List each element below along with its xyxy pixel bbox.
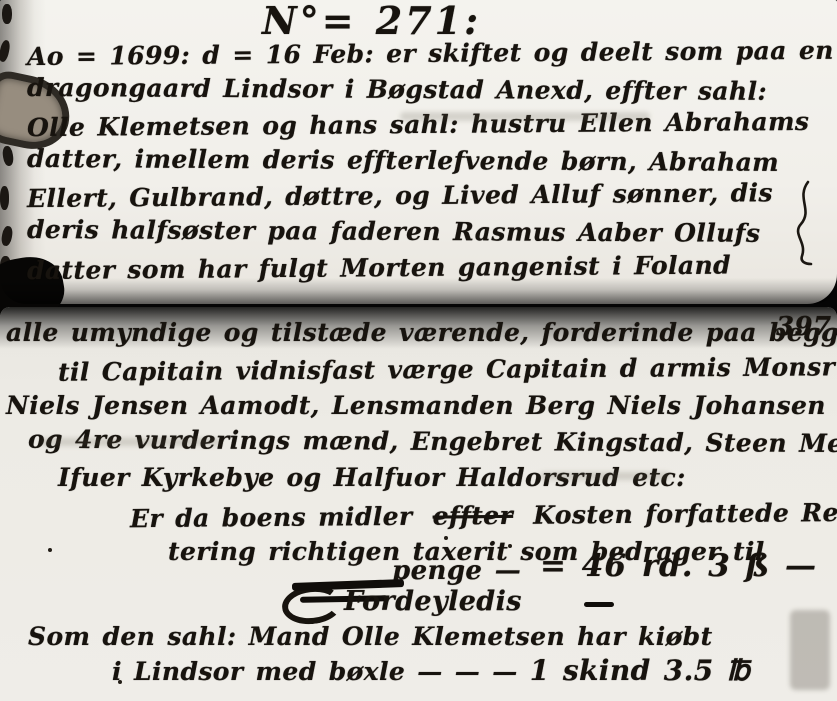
manuscript-line: Niels Jensen Aamodt, Lensmanden Berg Nie… <box>6 391 826 420</box>
manuscript-page: N°= 271: Ao = 1699: d = 16 Feb: er skift… <box>0 0 837 701</box>
division-subheading: Fordeyledis <box>344 586 522 617</box>
sum-label: penge — <box>392 556 521 586</box>
ink-dot <box>48 548 52 552</box>
sum-value: = 46 rd. 3 ß — <box>540 548 817 584</box>
ink-dot <box>508 544 512 548</box>
manuscript-line: Ellert, Gulbrand, døttre, og Lived Alluf… <box>0 175 837 217</box>
manuscript-line: til Capitain vidnisfast værge Capitain d… <box>58 352 835 386</box>
manuscript-line: datter, imellem deris effterlefvende bør… <box>0 141 837 181</box>
closing-label: i Lindsor med bøxle — — — <box>112 657 518 686</box>
flourish-stroke <box>584 602 614 607</box>
manuscript-line: Er da boens midler effter Kosten forfatt… <box>130 498 837 533</box>
ink-showthrough-smudge <box>40 438 220 446</box>
manuscript-line: datter som har fulgt Morten gangenist i … <box>0 246 837 288</box>
closing-value: 1 skind 3.5 ℔ <box>530 654 750 687</box>
note-post: Kosten forfattede Reg- <box>533 498 837 530</box>
ink-dot <box>118 680 122 684</box>
edge-smudge <box>790 610 830 690</box>
manuscript-line: i Lindsor med bøxle — — — 1 skind 3.5 ℔ <box>112 654 750 687</box>
struck-word: effter <box>433 501 514 531</box>
manuscript-line: dragongaard Lindsor i Bøgstad Anexd, eff… <box>0 69 837 109</box>
manuscript-line: Som den sahl: Mand Olle Klemetsen har ki… <box>28 622 713 651</box>
note-pre: Er da boens midler <box>130 502 413 533</box>
manuscript-line: Olle Klemetsen og hans sahl: hustru Elle… <box>0 104 837 146</box>
ink-dot <box>444 536 448 540</box>
manuscript-line: alle umyndige og tilstæde værende, forde… <box>6 318 837 347</box>
ink-showthrough-smudge <box>540 472 670 480</box>
ink-showthrough-smudge <box>400 112 650 121</box>
manuscript-line: Ao = 1699: d = 16 Feb: er skiftet og dee… <box>0 33 837 75</box>
top-scan-sheet: N°= 271: Ao = 1699: d = 16 Feb: er skift… <box>0 0 837 304</box>
top-paragraph: Ao = 1699: d = 16 Feb: er skiftet og dee… <box>0 36 837 285</box>
margin-flourish <box>786 180 816 272</box>
gutter-ink-fragment <box>2 4 12 24</box>
manuscript-line: deris halfsøster paa faderen Rasmus Aabe… <box>0 212 837 252</box>
